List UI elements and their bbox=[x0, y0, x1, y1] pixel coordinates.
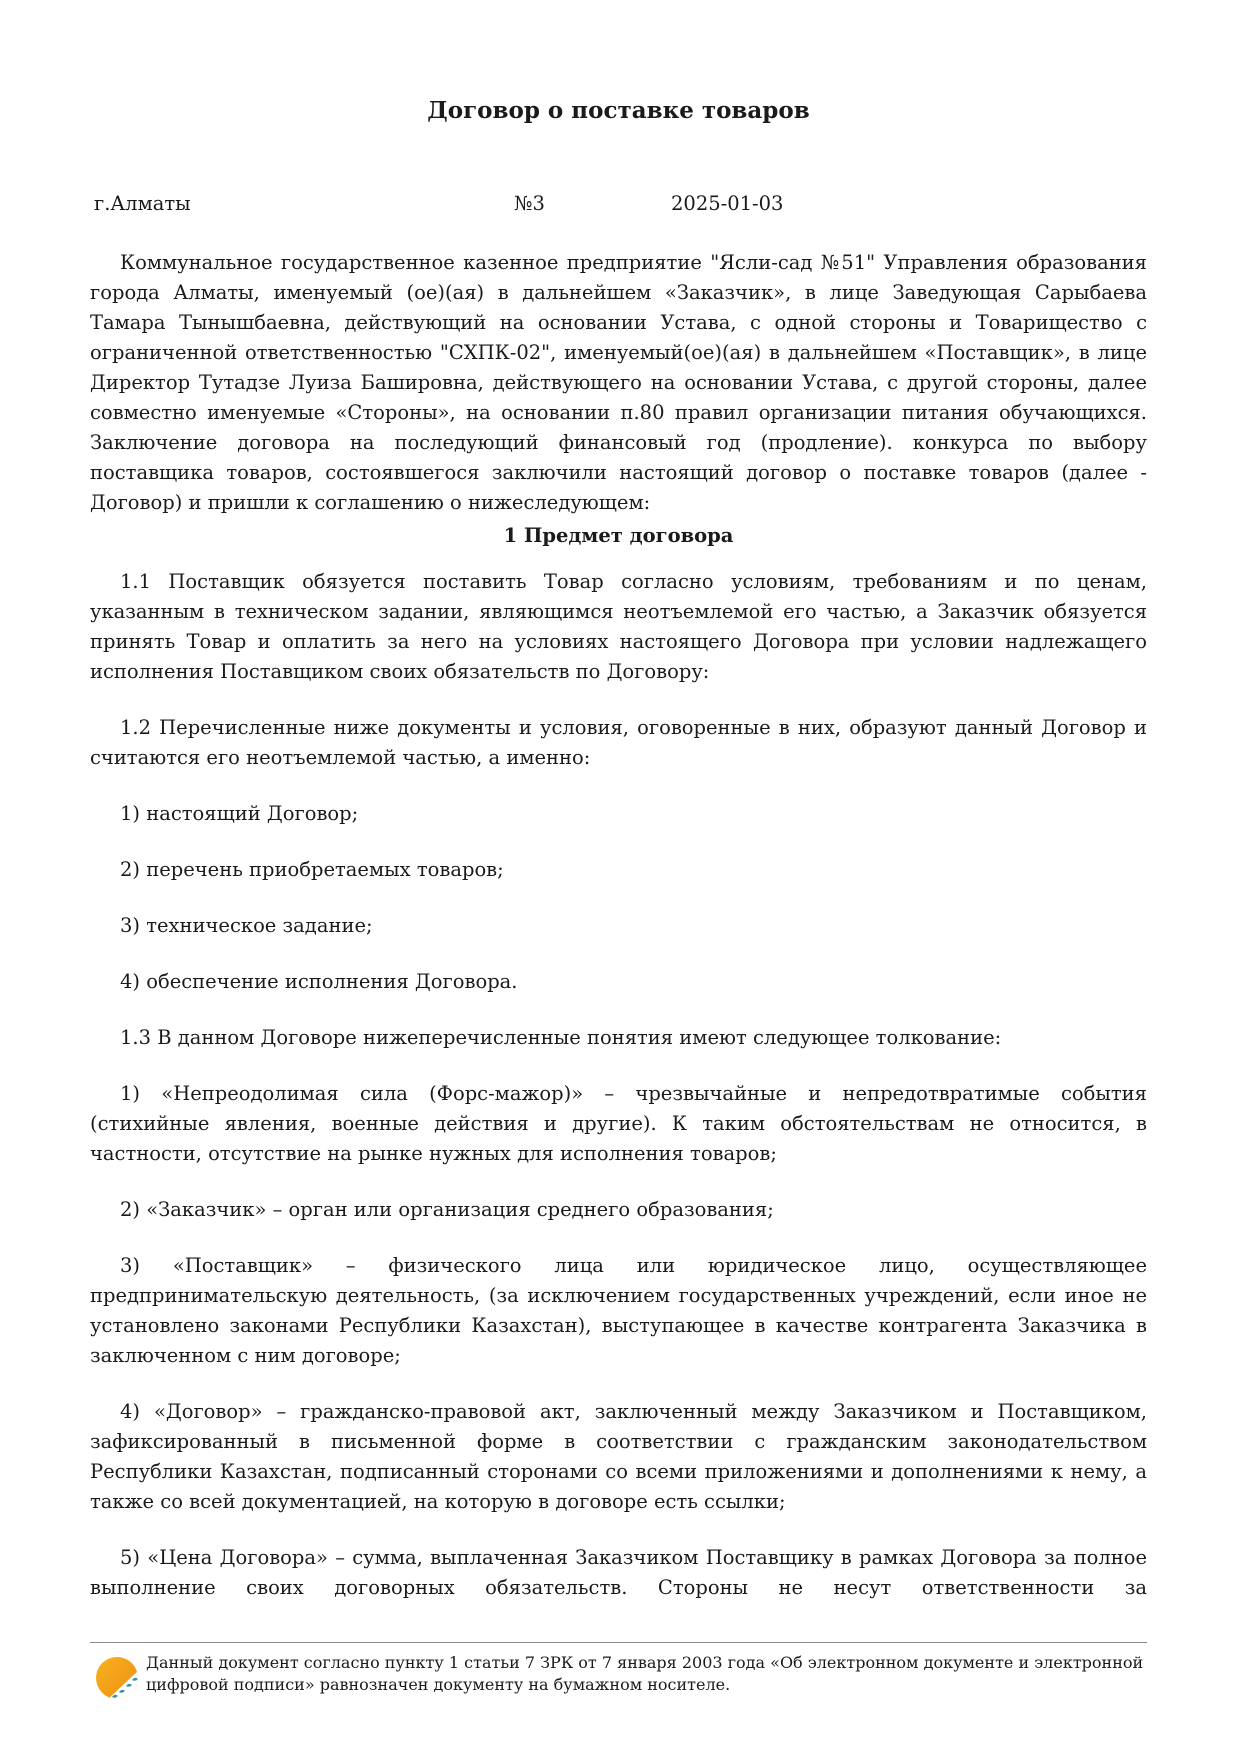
clause-1-2: 1.2 Перечисленные ниже документы и услов… bbox=[90, 713, 1147, 773]
definition-force-majeure: 1) «Непреодолимая сила (Форс-мажор)» – ч… bbox=[90, 1079, 1147, 1169]
clause-1-1: 1.1 Поставщик обязуется поставить Товар … bbox=[90, 567, 1147, 687]
egov-sun-logo-icon bbox=[94, 1655, 140, 1701]
definition-customer: 2) «Заказчик» – орган или организация ср… bbox=[90, 1195, 1147, 1225]
document-city: г.Алматы bbox=[94, 191, 191, 217]
list-item: 1) настоящий Договор; bbox=[90, 799, 1147, 829]
clause-1-3: 1.3 В данном Договоре нижеперечисленные … bbox=[90, 1023, 1147, 1053]
list-item: 2) перечень приобретаемых товаров; bbox=[90, 855, 1147, 885]
document-number: №3 bbox=[514, 191, 545, 217]
definition-contract: 4) «Договор» – гражданско-правовой акт, … bbox=[90, 1397, 1147, 1517]
definition-contract-price: 5) «Цена Договора» – сумма, выплаченная … bbox=[90, 1543, 1147, 1603]
definition-supplier: 3) «Поставщик» – физического лица или юр… bbox=[90, 1251, 1147, 1371]
page-footer: Данный документ согласно пункту 1 статьи… bbox=[90, 1642, 1147, 1713]
document-date: 2025-01-03 bbox=[671, 191, 783, 217]
document-title: Договор о поставке товаров bbox=[90, 96, 1147, 126]
document-body: Коммунальное государственное казенное пр… bbox=[90, 248, 1147, 1603]
preamble-paragraph: Коммунальное государственное казенное пр… bbox=[90, 248, 1147, 518]
section-heading: 1 Предмет договора bbox=[90, 521, 1147, 551]
list-item: 4) обеспечение исполнения Договора. bbox=[90, 967, 1147, 997]
document-meta-row: г.Алматы №3 2025-01-03 bbox=[90, 191, 1147, 217]
electronic-document-notice: Данный документ согласно пункту 1 статьи… bbox=[146, 1652, 1146, 1696]
list-item: 3) техническое задание; bbox=[90, 911, 1147, 941]
